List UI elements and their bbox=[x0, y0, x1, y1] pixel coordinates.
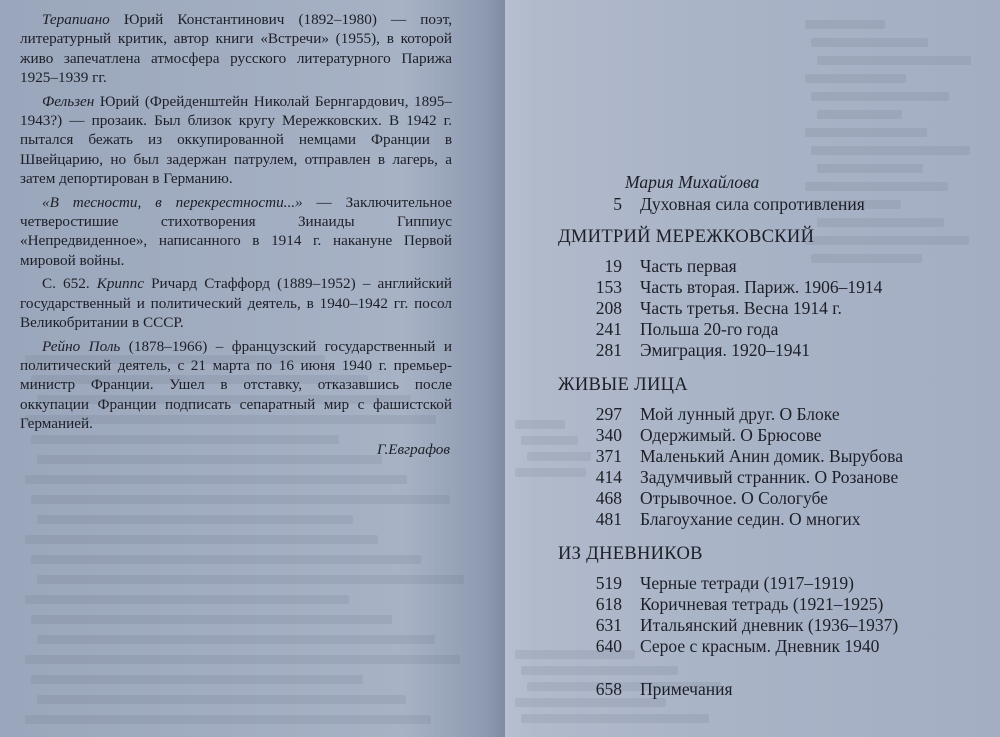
toc-page-number: 414 bbox=[558, 467, 640, 488]
toc-entry: 519Черные тетради (1917–1919) bbox=[558, 573, 978, 594]
toc-page-number: 519 bbox=[558, 573, 640, 594]
toc-page-number: 19 bbox=[558, 256, 640, 277]
toc-entry: 208Часть третья. Весна 1914 г. bbox=[558, 298, 978, 319]
toc-title: Одержимый. О Брюсове bbox=[640, 425, 978, 446]
toc-page-number: 208 bbox=[558, 298, 640, 319]
toc-title: Часть третья. Весна 1914 г. bbox=[640, 298, 978, 319]
toc-page-number: 631 bbox=[558, 615, 640, 636]
ghost-line bbox=[811, 38, 928, 47]
note-name: Криппс bbox=[97, 275, 144, 292]
section-heading: ЖИВЫЕ ЛИЦА bbox=[558, 375, 978, 396]
ghost-line bbox=[521, 714, 709, 723]
ghost-line bbox=[817, 56, 971, 65]
note-name: Фельзен bbox=[42, 93, 94, 110]
note-name: «В тесности, в перекрестности...» bbox=[42, 194, 303, 211]
intro-author: Мария Михайлова bbox=[625, 172, 978, 194]
toc-page-number: 281 bbox=[558, 340, 640, 361]
ghost-line bbox=[25, 715, 431, 724]
ghost-line bbox=[31, 615, 392, 624]
ghost-line bbox=[31, 675, 363, 684]
toc-entry: 340Одержимый. О Брюсове bbox=[558, 425, 978, 446]
toc-entry: 297Мой лунный друг. О Блоке bbox=[558, 404, 978, 425]
table-of-contents: Мария Михайлова 5 Духовная сила сопротив… bbox=[558, 172, 978, 700]
signature: Г.Евграфов bbox=[20, 440, 452, 459]
note-cripps: С. 652. Криппс Ричард Стаффорд (1889–195… bbox=[20, 274, 452, 332]
toc-entry: 414Задумчивый странник. О Розанове bbox=[558, 467, 978, 488]
toc-page-number: 241 bbox=[558, 319, 640, 340]
toc-page-number: 371 bbox=[558, 446, 640, 467]
toc-page-number: 468 bbox=[558, 488, 640, 509]
note-quote: «В тесности, в перекрестности...» — Закл… bbox=[20, 193, 452, 271]
ghost-line bbox=[805, 128, 927, 137]
toc-title: Коричневая тетрадь (1921–1925) bbox=[640, 594, 978, 615]
toc-title: Духовная сила сопротивления bbox=[640, 194, 978, 215]
note-felzen: Фельзен Юрий (Фрейденштейн Николай Бернг… bbox=[20, 92, 452, 189]
toc-title: Серое с красным. Дневник 1940 bbox=[640, 636, 978, 657]
toc-entry: 640Серое с красным. Дневник 1940 bbox=[558, 636, 978, 657]
toc-entry: 5 Духовная сила сопротивления bbox=[558, 194, 978, 215]
ghost-line bbox=[811, 92, 949, 101]
toc-title: Часть вторая. Париж. 1906–1914 bbox=[640, 277, 978, 298]
note-terapiano: Терапиано Юрий Константинович (1892–1980… bbox=[20, 10, 452, 88]
toc-title: Польша 20-го года bbox=[640, 319, 978, 340]
toc-entry: 481Благоухание седин. О многих bbox=[558, 509, 978, 530]
ghost-line bbox=[811, 146, 970, 155]
toc-page-number: 340 bbox=[558, 425, 640, 446]
toc-entry: 618Коричневая тетрадь (1921–1925) bbox=[558, 594, 978, 615]
toc-entry: 19Часть первая bbox=[558, 256, 978, 277]
toc-title: Благоухание седин. О многих bbox=[640, 509, 978, 530]
book-spread: Терапиано Юрий Константинович (1892–1980… bbox=[0, 0, 1000, 737]
toc-title: Итальянский дневник (1936–1937) bbox=[640, 615, 978, 636]
section-heading: ДМИТРИЙ МЕРЕЖКОВСКИЙ bbox=[558, 227, 978, 248]
toc-title: Эмиграция. 1920–1941 bbox=[640, 340, 978, 361]
toc-entry: 371Маленький Анин домик. Вырубова bbox=[558, 446, 978, 467]
ghost-line bbox=[37, 515, 353, 524]
toc-entry-notes: 658 Примечания bbox=[558, 679, 978, 700]
toc-page-number: 153 bbox=[558, 277, 640, 298]
toc-entry: 468Отрывочное. О Сологубе bbox=[558, 488, 978, 509]
toc-title: Отрывочное. О Сологубе bbox=[640, 488, 978, 509]
toc-page-number: 658 bbox=[558, 679, 640, 700]
toc-title: Мой лунный друг. О Блоке bbox=[640, 404, 978, 425]
toc-entry: 241Польша 20-го года bbox=[558, 319, 978, 340]
left-page: Терапиано Юрий Константинович (1892–1980… bbox=[0, 0, 505, 737]
toc-title: Задумчивый странник. О Розанове bbox=[640, 467, 978, 488]
toc-page-number: 481 bbox=[558, 509, 640, 530]
toc-sections: ДМИТРИЙ МЕРЕЖКОВСКИЙ19Часть первая153Час… bbox=[558, 227, 978, 657]
note-reynaud: Рейно Поль (1878–1966) – французский гос… bbox=[20, 337, 452, 434]
note-page-ref: С. 652. bbox=[42, 275, 97, 292]
toc-entry: 281Эмиграция. 1920–1941 bbox=[558, 340, 978, 361]
ghost-line bbox=[805, 74, 906, 83]
ghost-line bbox=[817, 110, 902, 119]
ghost-line bbox=[37, 695, 406, 704]
notes-section: Терапиано Юрий Константинович (1892–1980… bbox=[20, 10, 452, 459]
ghost-line bbox=[25, 475, 407, 484]
ghost-line bbox=[37, 635, 435, 644]
toc-entry: 153Часть вторая. Париж. 1906–1914 bbox=[558, 277, 978, 298]
ghost-line bbox=[31, 555, 421, 564]
ghost-line bbox=[31, 495, 450, 504]
toc-page-number: 297 bbox=[558, 404, 640, 425]
toc-page-number: 640 bbox=[558, 636, 640, 657]
ghost-line bbox=[25, 595, 349, 604]
toc-page-number: 5 bbox=[558, 194, 640, 215]
toc-page-number: 618 bbox=[558, 594, 640, 615]
toc-title: Часть первая bbox=[640, 256, 978, 277]
toc-title: Черные тетради (1917–1919) bbox=[640, 573, 978, 594]
ghost-line bbox=[25, 535, 378, 544]
ghost-line bbox=[37, 575, 464, 584]
toc-title: Примечания bbox=[640, 679, 978, 700]
section-heading: ИЗ ДНЕВНИКОВ bbox=[558, 544, 978, 565]
ghost-line bbox=[25, 655, 460, 664]
toc-entry: 631Итальянский дневник (1936–1937) bbox=[558, 615, 978, 636]
ghost-line bbox=[805, 20, 885, 29]
toc-title: Маленький Анин домик. Вырубова bbox=[640, 446, 978, 467]
note-name: Рейно Поль bbox=[42, 338, 120, 355]
note-name: Терапиано bbox=[42, 11, 110, 28]
